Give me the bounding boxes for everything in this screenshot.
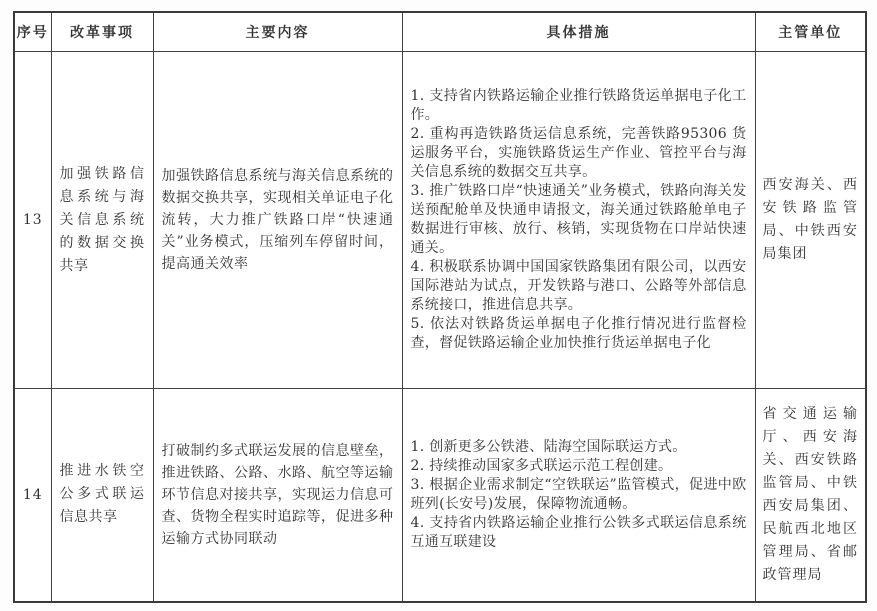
main-content: 打破制约多式联运发展的信息壁垒，推进铁路、公路、水路、航空等运输环节信息对接共享… (153, 389, 402, 602)
measure-item: 3. 根据企业需求制定“空铁联运”监管模式，促进中欧班列(长安号)发展，保障物流… (411, 476, 747, 514)
serial-number: 13 (14, 52, 51, 389)
reform-item: 推进水铁空公多式联运信息共享 (51, 389, 153, 602)
reform-item: 加强铁路信息系统与海关信息系统的数据交换共享 (51, 52, 153, 389)
measure-item: 2. 重构再造铁路货运信息系统，完善铁路95306 货运服务平台，实施铁路货运生… (411, 125, 747, 182)
measure-item: 1. 支持省内铁路运输企业推行铁路货运单据电子化工作。 (411, 87, 747, 125)
header-serial-number: 序号 (14, 12, 51, 52)
measure-item: 3. 推广铁路口岸“快速通关”业务模式，铁路向海关发送预配舱单及快通申请报文，海… (411, 182, 747, 258)
serial-number: 14 (14, 389, 51, 602)
table-row-14: 14 推进水铁空公多式联运信息共享 打破制约多式联运发展的信息壁垒，推进铁路、公… (14, 389, 866, 602)
header-specific-measures: 具体措施 (402, 12, 755, 52)
reform-measures-table: 序号 改革事项 主要内容 具体措施 主管单位 13 加强铁路信息系统与海关信息系… (13, 11, 867, 603)
specific-measures-cell: 1. 支持省内铁路运输企业推行铁路货运单据电子化工作。 2. 重构再造铁路货运信… (402, 52, 755, 389)
measure-item: 1. 创新更多公铁港、陆海空国际联运方式。 (411, 438, 747, 457)
header-main-content: 主要内容 (153, 12, 402, 52)
measure-item: 2. 持续推动国家多式联运示范工程创建。 (411, 457, 747, 476)
measure-item: 4. 积极联系协调中国国家铁路集团有限公司，以西安国际港站为试点，开发铁路与港口… (411, 258, 747, 315)
header-reform-item: 改革事项 (51, 12, 153, 52)
responsible-unit: 西安海关、西安铁路监管局、中铁西安局集团 (755, 52, 866, 389)
measure-item: 4. 支持省内铁路运输企业推行公铁多式联运信息系统互通互联建设 (411, 514, 747, 552)
responsible-unit: 省交通运输厅、西安海关、西安铁路监管局、中铁西安局集团、民航西北地区管理局、省邮… (755, 389, 866, 602)
header-responsible-unit: 主管单位 (755, 12, 866, 52)
document-page: 序号 改革事项 主要内容 具体措施 主管单位 13 加强铁路信息系统与海关信息系… (0, 0, 877, 611)
header-row: 序号 改革事项 主要内容 具体措施 主管单位 (14, 12, 866, 52)
measure-item: 5. 依法对铁路货运单据电子化推行情况进行监督检查，督促铁路运输企业加快推行货运… (411, 315, 747, 353)
specific-measures-cell: 1. 创新更多公铁港、陆海空国际联运方式。 2. 持续推动国家多式联运示范工程创… (402, 389, 755, 602)
main-content: 加强铁路信息系统与海关信息系统的数据交换共享，实现相关单证电子化流转，大力推广铁… (153, 52, 402, 389)
table-row-13: 13 加强铁路信息系统与海关信息系统的数据交换共享 加强铁路信息系统与海关信息系… (14, 52, 866, 389)
